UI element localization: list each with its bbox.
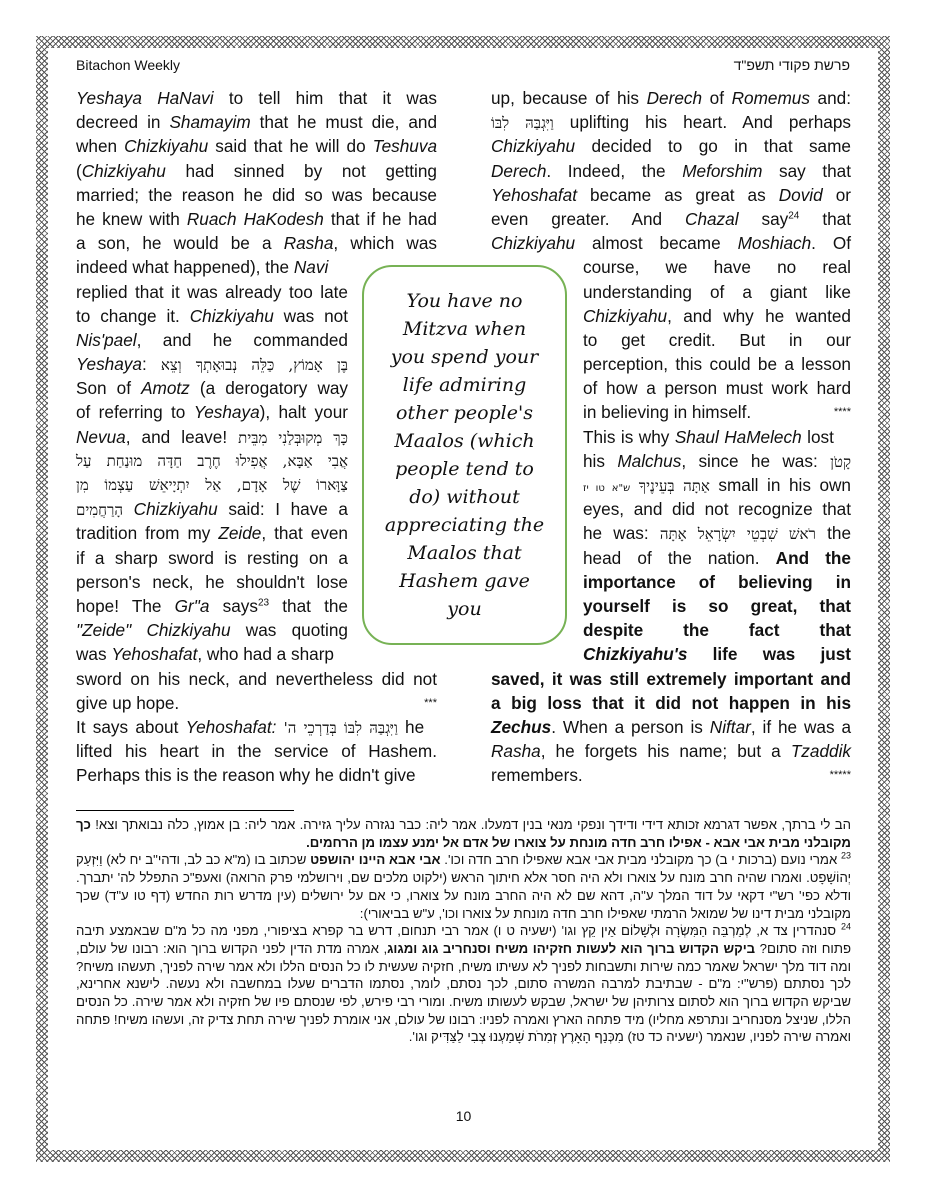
text-line: replied that it was already too late — [76, 280, 348, 304]
text-line: hope! The Gr"a says23 that the — [76, 594, 348, 618]
text-line: in believing in himself.**** — [583, 400, 851, 424]
text-line: he was: רֹאשׁ שִׁבְטֵי יִשְׂרָאֵל אָתָּה… — [583, 521, 851, 545]
parsha-title: פרשת פקודי תשפ"ד — [734, 57, 850, 73]
text-line: give up hope.*** — [76, 691, 437, 715]
section-divider-stars: ***** — [830, 763, 851, 787]
text-line: Zechus. When a person is Niftar, if he w… — [491, 715, 851, 739]
hebrew-quote: רֹאשׁ שִׁבְטֵי יִשְׂרָאֵל אָתָּה — [660, 525, 816, 543]
text-line: This is why Shaul HaMelech lost — [583, 425, 851, 449]
text-line: of how a person must work hard — [583, 376, 851, 400]
text-line: Chizkiyahu, and why he wanted — [583, 304, 851, 328]
footnote-number: 23 — [841, 851, 851, 861]
text-line: הָרַחֲמִים Chizkiyahu said: I have a — [76, 497, 348, 521]
text-line-bold: a big loss that it did not happen in his — [491, 691, 851, 715]
footnote-22-continued: הב לי ברתך, אפשר דגרמא זכותא דידי ודידך … — [76, 816, 851, 851]
section-divider-stars: **** — [834, 400, 851, 424]
document-page: Bitachon Weekly פרשת פקודי תשפ"ד Yeshaya… — [0, 0, 927, 1200]
text-line: It says about Yehoshafat: וַיִּגְבַּהּ ל… — [76, 715, 437, 739]
footnote-number: 24 — [841, 922, 851, 932]
text-line: was Yehoshafat, who had a sharp — [76, 642, 348, 666]
text-line: perception, this could be a lesson — [583, 352, 851, 376]
text-line: Rasha, he forgets his name; but a Tzaddi… — [491, 739, 851, 763]
text-line: Perhaps this is the reason why he didn't… — [76, 763, 437, 787]
text-line: Nis'pael, and he commanded — [76, 328, 348, 352]
text-line: Chizkiyahu almost became Moshiach. Of — [491, 231, 851, 255]
text-line: decreed in Shamayim that he must die, an… — [76, 110, 437, 134]
text-line: Yehoshafat became as great as Dovid or — [491, 183, 851, 207]
text-line: "Zeide" Chizkiyahu was quoting — [76, 618, 348, 642]
footnote-ref[interactable]: 23 — [258, 597, 269, 608]
text-line: Yeshaya HaNavi to tell him that it was — [76, 86, 437, 110]
text-line: person's neck, he shouldn't lose — [76, 570, 348, 594]
publication-title: Bitachon Weekly — [76, 57, 180, 73]
footnote-24: 24 סנהדרין צד א, לְמַרְבֵּה הַמִּשְׂרָה … — [76, 922, 851, 1046]
hebrew-quote-line: אֲבִי אַבָּא, אֲפִילוּ חֶרֶב חַדָּה מוּנ… — [76, 449, 348, 473]
text-line: sword on his neck, and nevertheless did … — [76, 667, 437, 691]
footnote-ref[interactable]: 24 — [788, 210, 799, 221]
hebrew-quote: בֶּן אָמוֹץ, כַּלֵּה נְבוּאָתְךָ וְצֵא — [161, 356, 348, 374]
text-line-bold: importance of believing in — [583, 570, 851, 594]
hebrew-quote: וַיִּגְבַּהּ לִבּוֹ בְּדַרְכֵי ה' — [284, 719, 398, 737]
text-line: indeed what happened), the Navi — [76, 255, 348, 279]
text-line: Son of Amotz (a derogatory way — [76, 376, 348, 400]
hebrew-quote: כָּךְ מְקוּבְּלַנִי מִבֵּית — [238, 429, 348, 447]
text-line: ש"א טו יז אַתָּה בְּעֵינֶיךָ small in hi… — [583, 473, 851, 497]
text-line: course, we have no real — [583, 255, 851, 279]
text-line-bold: despite the fact that — [583, 618, 851, 642]
text-line: if a sharp sword is resting on a — [76, 546, 348, 570]
text-line: Yeshaya: בֶּן אָמוֹץ, כַּלֵּה נְבוּאָתְך… — [76, 352, 348, 376]
text-line: to change it. Chizkiyahu was not — [76, 304, 348, 328]
pull-quote-text: You have no Mitzva when you spend your l… — [385, 287, 544, 623]
text-line: married; the reason he did so was becaus… — [76, 183, 437, 207]
footnote-23: 23 אמרי נועם (ברכות י ב) כך מקובלני מבית… — [76, 851, 851, 922]
text-line: when Chizkiyahu said that he will do Tes… — [76, 134, 437, 158]
text-line: he knew with Ruach HaKodesh that if he h… — [76, 207, 437, 231]
footnotes-section: הב לי ברתך, אפשר דגרמא זכותא דידי ודידך … — [76, 816, 851, 1046]
text-line: up, because of his Derech of Romemus and… — [491, 86, 851, 110]
section-divider-stars: *** — [424, 691, 437, 715]
text-line: even greater. And Chazal say24 that — [491, 207, 851, 231]
source-citation: ש"א טו יז — [583, 483, 630, 494]
hebrew-quote: אַתָּה בְּעֵינֶיךָ — [639, 477, 710, 495]
hebrew-quote: קָטֹן — [830, 453, 851, 471]
text-line-bold: saved, it was still extremely important … — [491, 667, 851, 691]
text-line: tradition from my Zeide, that even — [76, 521, 348, 545]
text-line: of referring to Yeshaya), halt your — [76, 400, 348, 424]
text-line: remembers.***** — [491, 763, 851, 787]
text-line: to get credit. But in our — [583, 328, 851, 352]
text-line-bold: yourself is so great, that — [583, 594, 851, 618]
pull-quote-box: You have no Mitzva when you spend your l… — [362, 265, 567, 645]
footnote-separator — [76, 810, 294, 811]
text-line: Derech. Indeed, the Meforshim say that — [491, 159, 851, 183]
hebrew-quote: הָרַחֲמִים — [76, 501, 123, 519]
text-line: understanding of a giant like — [583, 280, 851, 304]
text-line: (Chizkiyahu had sinned by not getting — [76, 159, 437, 183]
text-line: a son, he would be a Rasha, which was — [76, 231, 437, 255]
text-line: eyes, and did not recognize that — [583, 497, 851, 521]
text-line-bold: Chizkiyahu's life was just — [583, 642, 851, 666]
page-number: 10 — [0, 1108, 927, 1124]
text-line: his Malchus, since he was: קָטֹן — [583, 449, 851, 473]
hebrew-quote: וַיִּגְבַּהּ לִבּוֹ — [491, 114, 554, 132]
text-line: lifted his heart in the service of Hashe… — [76, 739, 437, 763]
text-line: Nevua, and leave! כָּךְ מְקוּבְּלַנִי מִ… — [76, 425, 348, 449]
text-line: וַיִּגְבַּהּ לִבּוֹ uplifting his heart.… — [491, 110, 851, 134]
hebrew-quote-line: צַוָּארוֹ שֶׁל אָדָם, אַל יִתְיָיאֵשׁ עַ… — [76, 473, 348, 497]
text-line: Chizkiyahu decided to go in that same — [491, 134, 851, 158]
text-line: head of the nation. And the — [583, 546, 851, 570]
